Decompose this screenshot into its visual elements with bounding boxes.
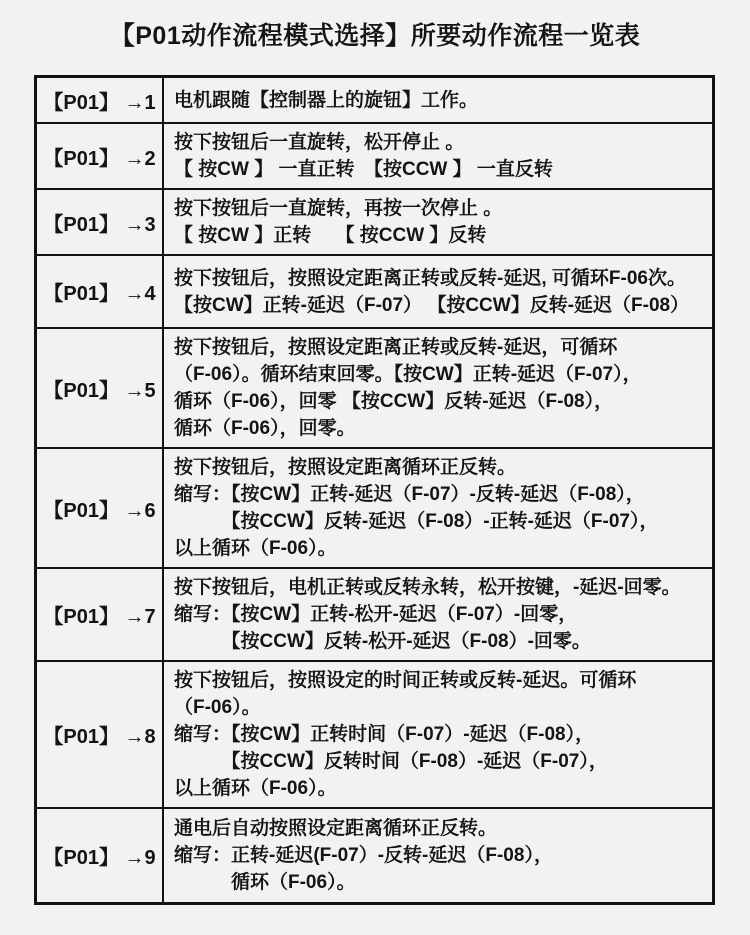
description-line: 缩写：【按CW】正转-松开-延迟（F-07）-回零， — [174, 601, 709, 628]
mode-key: 【P01】 →5 — [37, 329, 164, 447]
mode-description: 按下按钮后一直旋转，松开停止 。 【 按CW 】 一直正转 【按CCW 】 一直… — [164, 124, 712, 188]
mode-description: 按下按钮后，按照设定距离循环正反转。 缩写：【按CW】正转-延迟（F-07）-反… — [164, 449, 712, 567]
mode-description: 电机跟随【控制器上的旋钮】工作。 — [164, 78, 712, 122]
mode-description: 按下按钮后，电机正转或反转永转，松开按键，-延迟-回零。 缩写：【按CW】正转-… — [164, 569, 712, 660]
description-line: 循环（F-06），回零 【按CCW】反转-延迟（F-08）， — [174, 388, 709, 415]
flow-table: 【P01】 →1 电机跟随【控制器上的旋钮】工作。 【P01】 →2 按下按钮后… — [34, 75, 715, 905]
description-line: 【按CCW】反转-松开-延迟（F-08）-回零。 — [174, 628, 709, 655]
description-line: 【按CCW】反转时间（F-08）-延迟（F-07）， — [174, 748, 709, 775]
table-row: 【P01】 →4 按下按钮后，按照设定距离正转或反转-延迟, 可循环F-06次。… — [37, 254, 712, 327]
description-line: 按下按钮后，按照设定距离正转或反转-延迟，可循环 — [174, 334, 709, 361]
description-line: 【按CW】正转-延迟（F-07） 【按CCW】反转-延迟（F-08） — [174, 292, 709, 319]
table-row: 【P01】 →7 按下按钮后，电机正转或反转永转，松开按键，-延迟-回零。 缩写… — [37, 567, 712, 660]
table-row: 【P01】 →6 按下按钮后，按照设定距离循环正反转。 缩写：【按CW】正转-延… — [37, 447, 712, 567]
mode-key: 【P01】 →4 — [37, 256, 164, 327]
table-row: 【P01】 →9 通电后自动按照设定距离循环正反转。 缩写：正转-延迟(F-07… — [37, 807, 712, 902]
page-title: 【P01动作流程模式选择】所要动作流程一览表 — [0, 16, 750, 52]
mode-key: 【P01】 →9 — [37, 809, 164, 902]
description-line: （F-06）。循环结束回零。【按CW】正转-延迟（F-07）， — [174, 361, 709, 388]
description-line: 按下按钮后，按照设定的时间正转或反转-延迟。可循环 — [174, 667, 709, 694]
mode-description: 按下按钮后，按照设定的时间正转或反转-延迟。可循环 （F-06）。 缩写：【按C… — [164, 662, 712, 807]
table-row: 【P01】 →5 按下按钮后，按照设定距离正转或反转-延迟，可循环 （F-06）… — [37, 327, 712, 447]
table-row: 【P01】 →2 按下按钮后一直旋转，松开停止 。 【 按CW 】 一直正转 【… — [37, 122, 712, 188]
description-line: 【按CCW】反转-延迟（F-08）-正转-延迟（F-07）， — [174, 508, 709, 535]
description-line: 以上循环（F-06）。 — [174, 775, 709, 802]
mode-key: 【P01】 →8 — [37, 662, 164, 807]
mode-key: 【P01】 →7 — [37, 569, 164, 660]
mode-key: 【P01】 →2 — [37, 124, 164, 188]
mode-description: 按下按钮后，按照设定距离正转或反转-延迟，可循环 （F-06）。循环结束回零。【… — [164, 329, 712, 447]
description-line: 缩写：【按CW】正转时间（F-07）-延迟（F-08）， — [174, 721, 709, 748]
description-line: 以上循环（F-06）。 — [174, 535, 709, 562]
table-row: 【P01】 →3 按下按钮后一直旋转，再按一次停止 。 【 按CW 】正转 【 … — [37, 188, 712, 254]
description-line: 缩写：正转-延迟(F-07）-反转-延迟（F-08）， — [174, 842, 709, 869]
description-line: 【 按CW 】 一直正转 【按CCW 】 一直反转 — [174, 156, 709, 183]
description-line: 按下按钮后，按照设定距离正转或反转-延迟, 可循环F-06次。 — [174, 265, 709, 292]
mode-key: 【P01】 →3 — [37, 190, 164, 254]
description-line: 通电后自动按照设定距离循环正反转。 — [174, 815, 709, 842]
description-line: 循环（F-06），回零。 — [174, 415, 709, 442]
description-line: 缩写：【按CW】正转-延迟（F-07）-反转-延迟（F-08）， — [174, 481, 709, 508]
description-line: 按下按钮后一直旋转，再按一次停止 。 — [174, 195, 709, 222]
description-line: 按下按钮后，电机正转或反转永转，松开按键，-延迟-回零。 — [174, 574, 709, 601]
table-row: 【P01】 →1 电机跟随【控制器上的旋钮】工作。 — [37, 78, 712, 122]
description-line: 循环（F-06）。 — [174, 869, 709, 896]
description-line: 【 按CW 】正转 【 按CCW 】反转 — [174, 222, 709, 249]
mode-key: 【P01】 →1 — [37, 78, 164, 122]
mode-description: 按下按钮后一直旋转，再按一次停止 。 【 按CW 】正转 【 按CCW 】反转 — [164, 190, 712, 254]
description-line: 电机跟随【控制器上的旋钮】工作。 — [174, 87, 709, 114]
mode-key: 【P01】 →6 — [37, 449, 164, 567]
description-line: （F-06）。 — [174, 694, 709, 721]
mode-description: 通电后自动按照设定距离循环正反转。 缩写：正转-延迟(F-07）-反转-延迟（F… — [164, 809, 712, 902]
description-line: 按下按钮后一直旋转，松开停止 。 — [174, 129, 709, 156]
mode-description: 按下按钮后，按照设定距离正转或反转-延迟, 可循环F-06次。 【按CW】正转-… — [164, 256, 712, 327]
table-row: 【P01】 →8 按下按钮后，按照设定的时间正转或反转-延迟。可循环 （F-06… — [37, 660, 712, 807]
description-line: 按下按钮后，按照设定距离循环正反转。 — [174, 454, 709, 481]
